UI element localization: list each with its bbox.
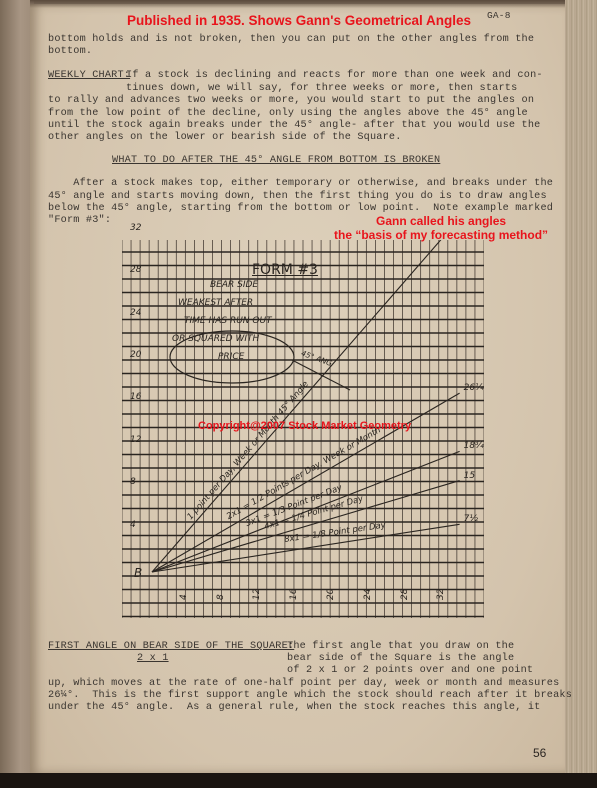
weekly-chart-label: WEEKLY CHART:: [48, 70, 130, 83]
text-line: bottom.: [48, 46, 92, 59]
text-line: After a stock makes top, either temporar…: [48, 178, 553, 191]
chart-handwritten-label: 4: [130, 520, 136, 530]
text-line: up, which moves at the rate of one-half …: [48, 678, 559, 691]
chart-handwritten-label: 12: [252, 589, 262, 600]
chart-handwritten-label: 8: [216, 594, 226, 600]
annotation-copyright: Copyright@2007 Stock Market Geometry: [198, 420, 411, 432]
chart-handwritten-label: PRICE: [218, 352, 244, 362]
text-line: from the low point of the decline, only …: [48, 108, 528, 121]
text-line: of 2 x 1 or 2 points over and one point: [287, 665, 533, 678]
text-line: until the stock again breaks under the 4…: [48, 120, 540, 133]
text-line: bottom holds and is not broken, then you…: [48, 34, 534, 47]
chart-handwritten-label: OR SQUARED WITH: [172, 334, 259, 344]
page-number: 56: [533, 746, 546, 760]
chart-handwritten-label: WEAKEST AFTER: [178, 298, 253, 308]
chart-handwritten-label: B: [134, 566, 142, 580]
bottom-shadow: [0, 773, 597, 788]
chart-handwritten-label: 20: [326, 589, 336, 600]
text-line: under the 45° angle. As a general rule, …: [48, 702, 540, 715]
text-line: 45° angle and starts moving down, then t…: [48, 191, 547, 204]
text-line: tinues down, we will say, for three week…: [126, 83, 517, 96]
first-angle-sub: 2 x 1: [137, 653, 169, 666]
annotation-quote-line1: Gann called his angles: [376, 214, 506, 228]
chart-handwritten-label: 28: [400, 589, 410, 600]
chart-handwritten-label: 12: [130, 435, 141, 445]
chart-handwritten-label: 20: [130, 350, 141, 360]
chart-handwritten-label: 16: [130, 392, 141, 402]
chart-handwritten-label: 28: [130, 265, 141, 275]
annotation-title: Published in 1935. Shows Gann's Geometri…: [127, 13, 471, 28]
chart-handwritten-label: 16: [289, 589, 299, 600]
chart-handwritten-label: 18¾: [464, 441, 484, 451]
book-spine-left: [0, 0, 34, 788]
chart-handwritten-label: FORM #3: [252, 262, 318, 278]
text-line: If a stock is declining and reacts for m…: [126, 70, 543, 83]
chart-handwritten-label: 24: [363, 589, 373, 600]
page-code: GA-8: [487, 10, 511, 23]
page-top-shadow: [30, 0, 567, 8]
chart-handwritten-label: 26¼: [464, 383, 484, 393]
chart-handwritten-label: TIME HAS RUN OUT: [184, 316, 272, 326]
chart-handwritten-label: 4: [179, 594, 189, 600]
chart-handwritten-label: BEAR SIDE: [210, 280, 258, 290]
chart-handwritten-label: 24: [130, 308, 141, 318]
text-line: "Form #3":: [48, 215, 111, 228]
first-angle-label: FIRST ANGLE ON BEAR SIDE OF THE SQUARE:: [48, 641, 294, 654]
text-line: other angles on the lower or bearish sid…: [48, 132, 402, 145]
text-line: to rally and advances two weeks or more,…: [48, 95, 534, 108]
chart-handwritten-label: 32: [130, 223, 141, 233]
chart-handwritten-label: 32: [436, 589, 446, 600]
chart-handwritten-label: 8: [130, 477, 136, 487]
chart-handwritten-label: 15: [464, 471, 475, 481]
chart-handwritten-label: 7½: [464, 514, 478, 524]
text-line: 26¼°. This is the first support angle wh…: [48, 690, 572, 703]
page-edges-right: [565, 0, 597, 775]
text-line: The first angle that you draw on the: [287, 641, 514, 654]
text-line: bear side of the Square is the angle: [287, 653, 514, 666]
section-heading: WHAT TO DO AFTER THE 45° ANGLE FROM BOTT…: [112, 155, 440, 168]
